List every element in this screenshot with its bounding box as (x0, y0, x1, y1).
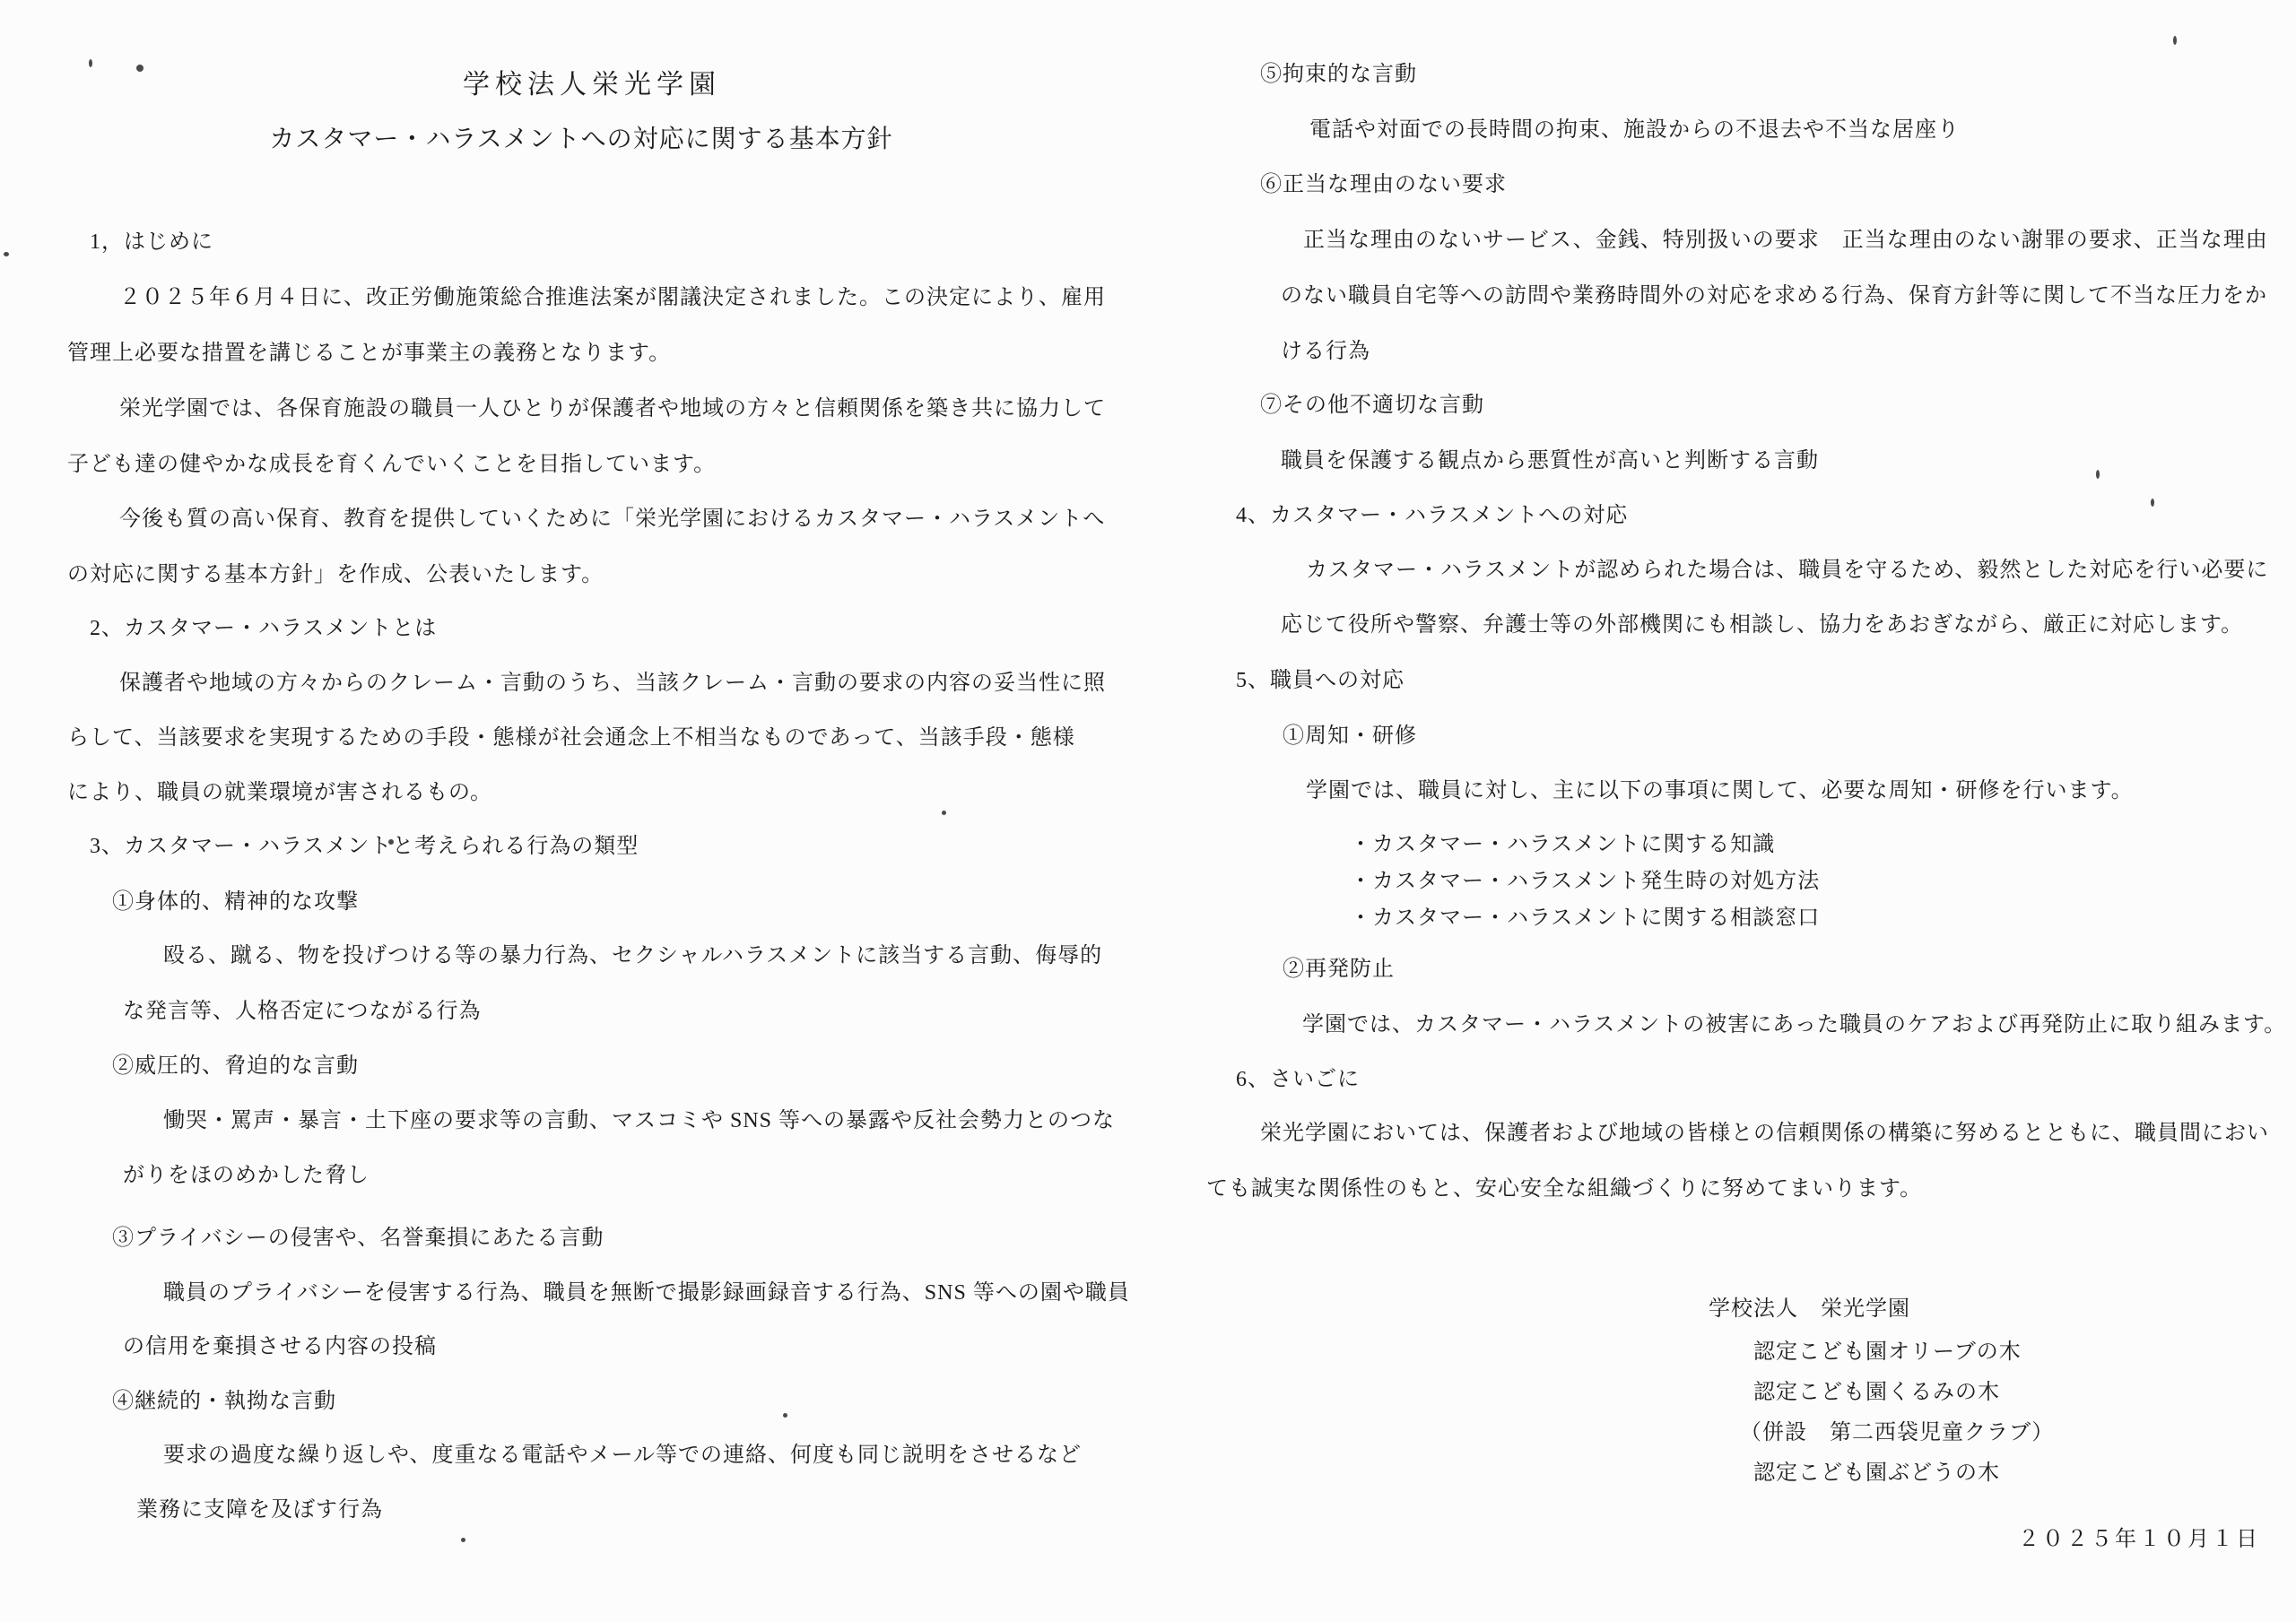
text-line: 職員のプライバシーを侵害する行為、職員を無断で撮影録画録音する行為、SNS 等へ… (163, 1279, 1130, 1307)
text-line: ・カスタマー・ハラスメント発生時の対処方法 (1350, 868, 1820, 896)
scan-speck (2173, 36, 2177, 45)
signature-facility: 認定こども園くるみの木 (1753, 1379, 2000, 1407)
text-line: 栄光学園では、各保育施設の職員一人ひとりが保護者や地域の方々と信頼関係を築き共に… (119, 395, 1106, 423)
text-line: ける行為 (1281, 338, 1370, 366)
text-line: 保護者や地域の方々からのクレーム・言動のうち、当該クレーム・言動の要求の内容の妥… (119, 670, 1106, 698)
document-page: 学校法人栄光学園カスタマー・ハラスメントへの対応に関する基本方針 1，はじめに２… (0, 0, 2296, 1622)
text-line: 6、さいごに (1236, 1066, 1360, 1094)
scan-speck (388, 839, 394, 845)
text-line: ⑥正当な理由のない要求 (1260, 171, 1507, 199)
text-line: 今後も質の高い保育、教育を提供していくために「栄光学園におけるカスタマー・ハラス… (119, 506, 1105, 533)
scan-speck (942, 811, 946, 815)
text-line: がりをほのめかした脅し (123, 1162, 370, 1190)
text-line: 正当な理由のないサービス、金銭、特別扱いの要求 正当な理由のない謝罪の要求、正当… (1303, 227, 2268, 255)
text-line: ⑦その他不適切な言動 (1260, 392, 1484, 420)
text-line: 電話や対面での長時間の拘束、施設からの不退去や不当な居座り (1309, 117, 1960, 144)
text-line: の対応に関する基本方針」を作成、公表いたします。 (67, 561, 604, 589)
scan-speck (89, 59, 92, 67)
text-line: ①周知・研修 (1283, 723, 1417, 750)
text-line: の信用を棄損させる内容の投稿 (123, 1333, 437, 1361)
text-line: ②威圧的、脅迫的な言動 (112, 1053, 359, 1080)
text-line: により、職員の就業環境が害されるもの。 (67, 779, 492, 807)
text-line: ④継続的・執拗な言動 (112, 1388, 336, 1416)
text-line: 5、職員への対応 (1236, 667, 1405, 695)
text-line: ②再発防止 (1283, 956, 1395, 984)
scan-speck (136, 65, 143, 72)
text-line: 応じて役所や警察、弁護士等の外部機関にも相談し、協力をあおぎながら、厳正に対応し… (1281, 612, 2243, 639)
text-line: 管理上必要な措置を講じることが事業主の義務となります。 (67, 340, 671, 368)
text-line: ても誠実な関係性のもと、安心安全な組織づくりに努めてまいります。 (1206, 1175, 1922, 1203)
text-line: ⑤拘束的な言動 (1260, 61, 1417, 89)
scan-speck (2151, 499, 2154, 507)
scan-speck (2096, 470, 2100, 479)
text-line: 栄光学園においては、保護者および地域の皆様との信頼関係の構築に努めるとともに、職… (1260, 1120, 2269, 1148)
text-line: な発言等、人格否定につながる行為 (123, 998, 482, 1026)
text-line: ①身体的、精神的な攻撃 (112, 889, 359, 916)
text-line: 子ども達の健やかな成長を育くんでいくことを目指しています。 (67, 451, 716, 479)
text-line: ③プライバシーの侵害や、名誉棄損にあたる言動 (112, 1225, 604, 1253)
signature-facility: 認定こども園オリーブの木 (1753, 1339, 2022, 1366)
text-line: 学園では、職員に対し、主に以下の事項に関して、必要な周知・研修を行います。 (1306, 777, 2134, 805)
signature-facility: 認定こども園ぶどうの木 (1753, 1460, 2000, 1488)
text-line: のない職員自宅等への訪問や業務時間外の対応を求める行為、保育方針等に関して不当な… (1281, 282, 2267, 310)
text-line: 殴る、蹴る、物を投げつける等の暴力行為、セクシャルハラスメントに該当する言動、侮… (163, 942, 1102, 970)
text-line: 業務に支障を及ぼす行為 (136, 1496, 383, 1524)
text-line: 職員を保護する観点から悪質性が高いと判断する言動 (1281, 447, 1819, 475)
text-line: 3、カスタマー・ハラスメントと考えられる行為の類型 (90, 833, 639, 861)
organization-title: 学校法人栄光学園 (463, 67, 721, 102)
text-line: 学園では、カスタマー・ハラスメントの被害にあった職員のケアおよび再発防止に取り組… (1302, 1011, 2286, 1039)
signature-organization: 学校法人 栄光学園 (1709, 1296, 1910, 1323)
signature-facility: （併設 第二西袋児童クラブ） (1740, 1419, 2054, 1447)
text-line: カスタマー・ハラスメントが認められた場合は、職員を守るため、毅然とした対応を行い… (1306, 557, 2268, 585)
scan-speck (4, 252, 9, 256)
document-title: カスタマー・ハラスメントへの対応に関する基本方針 (269, 124, 892, 156)
text-line: ・カスタマー・ハラスメントに関する知識 (1350, 831, 1775, 859)
text-line: ２０２５年６月４日に、改正労働施策総合推進法案が閣議決定されました。この決定によ… (119, 284, 1106, 312)
text-line: 要求の過度な繰り返しや、度重なる電話やメール等での連絡、何度も同じ説明をさせるな… (163, 1442, 1082, 1470)
text-line: 2、カスタマー・ハラスメントとは (90, 615, 437, 643)
scan-speck (783, 1413, 787, 1418)
text-line: 1，はじめに (90, 229, 213, 256)
text-line: ・カスタマー・ハラスメントに関する相談窓口 (1350, 905, 1820, 932)
text-line: らして、当該要求を実現するための手段・態様が社会通念上不相当なものであって、当該… (67, 724, 1075, 752)
document-date: ２０２５年１０月１日 (2018, 1526, 2260, 1554)
scan-speck (461, 1538, 465, 1542)
text-line: 4、カスタマー・ハラスメントへの対応 (1236, 502, 1628, 530)
text-line: 慟哭・罵声・暴言・土下座の要求等の言動、マスコミや SNS 等への暴露や反社会勢… (163, 1107, 1115, 1135)
